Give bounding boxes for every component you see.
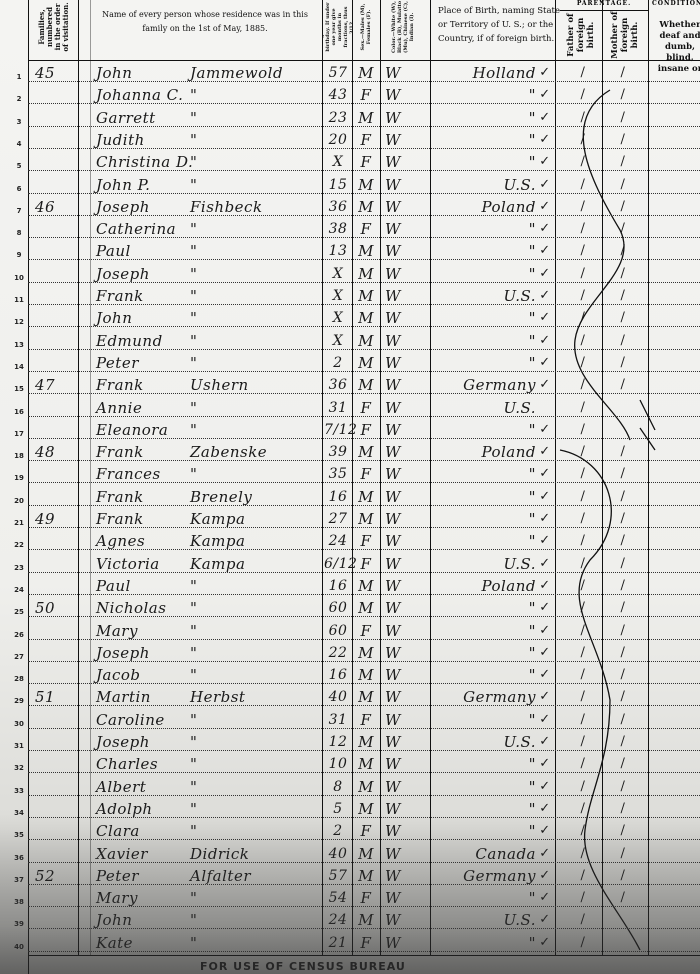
father-foreign-mark: / (568, 132, 598, 148)
line-number: 7 (8, 207, 30, 215)
race: W (385, 600, 421, 616)
age: 20 (324, 132, 352, 148)
age: 31 (324, 712, 352, 728)
given-name: Nicholas (96, 600, 166, 616)
surname: " (190, 935, 197, 951)
sex: F (355, 623, 377, 639)
race: W (385, 333, 421, 349)
given-name: Mary (96, 623, 138, 639)
sex: M (355, 600, 377, 616)
birthplace: " (440, 600, 536, 616)
surname: " (190, 712, 197, 728)
mother-foreign-mark: / (608, 310, 638, 326)
sex: F (355, 935, 377, 951)
table-row: 10Joseph"XMW"✓// (0, 263, 700, 286)
mother-foreign-mark: / (608, 801, 638, 817)
check-mark: ✓ (536, 801, 554, 817)
age: 16 (324, 489, 352, 505)
line-number: 3 (8, 118, 30, 126)
family-number: 48 (35, 444, 85, 460)
line-number: 19 (8, 474, 30, 482)
birthplace: " (440, 87, 536, 103)
table-row: 31Joseph"12MWU.S.✓// (0, 731, 700, 754)
table-row: 2951MartinHerbst40MWGermany✓// (0, 686, 700, 709)
race: W (385, 288, 421, 304)
birthplace: " (440, 243, 536, 259)
census-page: Families, numbered in the order of visit… (0, 0, 700, 974)
age: 2 (324, 355, 352, 371)
sex: M (355, 110, 377, 126)
families-column-header: Families, numbered in the order of visit… (30, 0, 78, 54)
age: 21 (324, 935, 352, 951)
surname: Kampa (190, 533, 245, 549)
sex: M (355, 511, 377, 527)
sex: F (355, 400, 377, 416)
age-column-header: Age at last birthday. If under one year … (322, 0, 352, 54)
given-name: John (96, 310, 132, 326)
age: 31 (324, 400, 352, 416)
birthplace: Germany (440, 377, 536, 393)
check-mark: ✓ (536, 177, 554, 193)
age: 8 (324, 779, 352, 795)
father-foreign-mark: / (568, 266, 598, 282)
birthplace: " (440, 511, 536, 527)
check-mark: ✓ (536, 355, 554, 371)
family-number: 50 (35, 600, 85, 616)
line-number: 10 (8, 274, 30, 282)
table-row: 14Peter"2MW"✓// (0, 352, 700, 375)
age: 60 (324, 600, 352, 616)
given-name: Kate (96, 935, 133, 951)
race: W (385, 846, 421, 862)
check-mark: ✓ (536, 110, 554, 126)
race: W (385, 667, 421, 683)
family-number: 47 (35, 377, 85, 393)
line-number: 16 (8, 408, 30, 416)
sex: F (355, 422, 377, 438)
father-foreign-mark: / (568, 533, 598, 549)
race: W (385, 154, 421, 170)
given-name: Garrett (96, 110, 156, 126)
given-name: John (96, 912, 132, 928)
given-name: Joseph (96, 645, 150, 661)
table-row: 38Mary"54FW"✓// (0, 887, 700, 910)
table-row: 11Frank"XMWU.S.✓// (0, 285, 700, 308)
sex: F (355, 221, 377, 237)
table-row: 40Kate"21FW"✓/ (0, 932, 700, 955)
race: W (385, 533, 421, 549)
sex: M (355, 444, 377, 460)
age: 22 (324, 645, 352, 661)
sex: M (355, 779, 377, 795)
given-name: Annie (96, 400, 142, 416)
check-mark: ✓ (536, 756, 554, 772)
father-foreign-mark: / (568, 333, 598, 349)
given-name: John P. (96, 177, 150, 193)
birthplace: " (440, 132, 536, 148)
table-row: 12John"XMW"✓// (0, 307, 700, 330)
line-number: 11 (8, 296, 30, 304)
age: 16 (324, 578, 352, 594)
father-foreign-mark: / (568, 489, 598, 505)
surname: " (190, 110, 197, 126)
birthplace: " (440, 801, 536, 817)
race: W (385, 868, 421, 884)
father-foreign-mark: / (568, 87, 598, 103)
given-name: Catherina (96, 221, 176, 237)
birthplace: U.S. (440, 177, 536, 193)
father-foreign-mark: / (568, 422, 598, 438)
race: W (385, 801, 421, 817)
given-name: Paul (96, 578, 131, 594)
age: 23 (324, 110, 352, 126)
surname: Brenely (190, 489, 252, 505)
line-number: 30 (8, 720, 30, 728)
check-mark: ✓ (536, 87, 554, 103)
birthplace: Poland (440, 199, 536, 215)
age: 38 (324, 221, 352, 237)
families-column-label: Families, numbered in the order of visit… (38, 2, 70, 52)
age: X (324, 310, 352, 326)
line-number: 33 (8, 787, 30, 795)
birthplace: U.S. (440, 734, 536, 750)
age: 5 (324, 801, 352, 817)
sex: F (355, 87, 377, 103)
table-row: 6John P."15MWU.S.✓// (0, 174, 700, 197)
surname: " (190, 132, 197, 148)
surname: Herbst (190, 689, 245, 705)
table-row: 30Caroline"31FW"✓// (0, 709, 700, 732)
age: 24 (324, 533, 352, 549)
mother-foreign-mark: / (608, 65, 638, 81)
table-row: 16Annie"31FWU.S./ (0, 397, 700, 420)
sex: M (355, 355, 377, 371)
table-row: 32Charles"10MW"✓// (0, 753, 700, 776)
age: 40 (324, 689, 352, 705)
birthplace: " (440, 333, 536, 349)
check-mark: ✓ (536, 779, 554, 795)
father-foreign-label: Father of foreign birth. (566, 11, 596, 59)
surname: " (190, 266, 197, 282)
birthplace: " (440, 823, 536, 839)
check-mark: ✓ (536, 243, 554, 259)
father-foreign-mark: / (568, 578, 598, 594)
given-name: Johanna C. (96, 87, 183, 103)
family-number: 49 (35, 511, 85, 527)
check-mark: ✓ (536, 623, 554, 639)
check-mark: ✓ (536, 600, 554, 616)
father-foreign-mark: / (568, 110, 598, 126)
mother-foreign-mark: / (608, 377, 638, 393)
age: 54 (324, 890, 352, 906)
table-row: 2550Nicholas"60MW"✓// (0, 597, 700, 620)
mother-foreign-mark: / (608, 645, 638, 661)
given-name: Joseph (96, 734, 150, 750)
birthplace: " (440, 533, 536, 549)
check-mark: ✓ (536, 466, 554, 482)
table-row: 28Jacob"16MW"✓// (0, 664, 700, 687)
surname: " (190, 645, 197, 661)
race-column-label: Color.—White (W), Black (B), Mulatto (Mu… (391, 0, 415, 54)
surname: " (190, 890, 197, 906)
father-foreign-mark: / (568, 199, 598, 215)
race: W (385, 556, 421, 572)
sex: M (355, 266, 377, 282)
race: W (385, 422, 421, 438)
check-mark: ✓ (536, 221, 554, 237)
mother-foreign-mark: / (608, 333, 638, 349)
sex-column-label: Sex.—Males (M), Females (F). (360, 0, 372, 54)
given-name: Frank (96, 444, 144, 460)
line-number: 38 (8, 898, 30, 906)
line-number: 2 (8, 95, 30, 103)
mother-foreign-mark: / (608, 756, 638, 772)
sex: F (355, 890, 377, 906)
age: X (324, 154, 352, 170)
birthplace: " (440, 779, 536, 795)
given-name: Xavier (96, 846, 148, 862)
check-mark: ✓ (536, 288, 554, 304)
check-mark: ✓ (536, 868, 554, 884)
birthplace: " (440, 266, 536, 282)
mother-foreign-mark: / (608, 288, 638, 304)
name-column-header: Name of every person whose residence was… (90, 0, 320, 62)
line-number: 22 (8, 541, 30, 549)
given-name: Joseph (96, 266, 150, 282)
sex: M (355, 846, 377, 862)
given-name: Judith (96, 132, 145, 148)
line-number: 34 (8, 809, 30, 817)
check-mark: ✓ (536, 377, 554, 393)
birthplace: " (440, 422, 536, 438)
mother-foreign-mark: / (608, 823, 638, 839)
father-foreign-mark: / (568, 890, 598, 906)
check-mark: ✓ (536, 689, 554, 705)
mother-foreign-mark: / (608, 712, 638, 728)
father-foreign-mark: / (568, 823, 598, 839)
family-number: 51 (35, 689, 85, 705)
surname: " (190, 355, 197, 371)
father-foreign-mark: / (568, 154, 598, 170)
race: W (385, 712, 421, 728)
mother-foreign-mark: / (608, 110, 638, 126)
table-row: 9Paul"13MW"✓// (0, 240, 700, 263)
mother-foreign-header: Mother of foreign birth. (603, 10, 647, 60)
birthplace: " (440, 623, 536, 639)
given-name: Frank (96, 511, 144, 527)
mother-foreign-mark: / (608, 489, 638, 505)
father-foreign-mark: / (568, 935, 598, 951)
race: W (385, 890, 421, 906)
father-foreign-mark: / (568, 912, 598, 928)
header-rule (28, 60, 700, 61)
family-number: 45 (35, 65, 85, 81)
race: W (385, 444, 421, 460)
check-mark: ✓ (536, 489, 554, 505)
mother-foreign-mark: / (608, 177, 638, 193)
birthplace: Holland (440, 65, 536, 81)
mother-foreign-mark: / (608, 868, 638, 884)
surname: " (190, 801, 197, 817)
surname: Kampa (190, 511, 245, 527)
line-number: 37 (8, 876, 30, 884)
line-number: 23 (8, 564, 30, 572)
father-foreign-mark: / (568, 600, 598, 616)
bottom-rule (28, 955, 700, 956)
check-mark: ✓ (536, 667, 554, 683)
table-row: 33Albert"8MW"✓// (0, 776, 700, 799)
father-foreign-mark: / (568, 65, 598, 81)
birthplace: Germany (440, 868, 536, 884)
mother-foreign-mark: / (608, 846, 638, 862)
line-number: 25 (8, 608, 30, 616)
mother-foreign-mark: / (608, 533, 638, 549)
race: W (385, 935, 421, 951)
table-row: 23VictoriaKampa6/12FWU.S.✓// (0, 553, 700, 576)
race: W (385, 199, 421, 215)
race: W (385, 266, 421, 282)
line-number: 17 (8, 430, 30, 438)
race: W (385, 689, 421, 705)
race: W (385, 489, 421, 505)
birthplace: U.S. (440, 288, 536, 304)
sex: M (355, 177, 377, 193)
given-name: Agnes (96, 533, 145, 549)
father-foreign-mark: / (568, 310, 598, 326)
line-number: 13 (8, 341, 30, 349)
table-row: 2Johanna C."43FW"✓// (0, 84, 700, 107)
surname: " (190, 667, 197, 683)
given-name: Edmund (96, 333, 163, 349)
line-number: 6 (8, 185, 30, 193)
check-mark: ✓ (536, 912, 554, 928)
mother-foreign-mark: / (608, 600, 638, 616)
line-number: 15 (8, 385, 30, 393)
sex: M (355, 288, 377, 304)
table-row: 4Judith"20FW"✓// (0, 129, 700, 152)
age: 16 (324, 667, 352, 683)
given-name: John (96, 65, 132, 81)
given-name: Charles (96, 756, 158, 772)
parentage-rule (560, 10, 648, 11)
line-number: 1 (8, 73, 30, 81)
given-name: Adolph (96, 801, 153, 817)
line-number: 24 (8, 586, 30, 594)
race: W (385, 466, 421, 482)
surname: " (190, 600, 197, 616)
table-row: 13Edmund"XMW"✓// (0, 330, 700, 353)
mother-foreign-mark: / (608, 132, 638, 148)
given-name: Caroline (96, 712, 165, 728)
surname: " (190, 333, 197, 349)
sex: M (355, 734, 377, 750)
line-number: 4 (8, 140, 30, 148)
table-row: 17Eleanora"7/12FW"✓/ (0, 419, 700, 442)
mother-foreign-mark: / (608, 667, 638, 683)
surname: " (190, 288, 197, 304)
table-row: 746JosephFishbeck36MWPoland✓// (0, 196, 700, 219)
age: 36 (324, 377, 352, 393)
birthplace: " (440, 667, 536, 683)
check-mark: ✓ (536, 823, 554, 839)
birthplace: " (440, 712, 536, 728)
given-name: Peter (96, 868, 139, 884)
given-name: Albert (96, 779, 146, 795)
race: W (385, 355, 421, 371)
birthplace: Poland (440, 444, 536, 460)
age: 35 (324, 466, 352, 482)
check-mark: ✓ (536, 132, 554, 148)
birthplace: " (440, 221, 536, 237)
sex: F (355, 132, 377, 148)
given-name: Frank (96, 489, 144, 505)
sex: M (355, 645, 377, 661)
sex: M (355, 65, 377, 81)
line-number: 5 (8, 162, 30, 170)
age: 57 (324, 65, 352, 81)
check-mark: ✓ (536, 333, 554, 349)
age: 12 (324, 734, 352, 750)
line-number: 20 (8, 497, 30, 505)
race: W (385, 221, 421, 237)
mother-foreign-mark: / (608, 466, 638, 482)
surname: " (190, 623, 197, 639)
age: 15 (324, 177, 352, 193)
birthplace: " (440, 935, 536, 951)
birthplace: U.S. (440, 912, 536, 928)
surname: " (190, 154, 197, 170)
check-mark: ✓ (536, 199, 554, 215)
check-mark: ✓ (536, 935, 554, 951)
sex: M (355, 689, 377, 705)
father-foreign-mark: / (568, 243, 598, 259)
surname: " (190, 578, 197, 594)
table-row: 35Clara"2FW"✓// (0, 820, 700, 843)
mother-foreign-mark: / (608, 221, 638, 237)
check-mark: ✓ (536, 556, 554, 572)
father-foreign-mark: / (568, 444, 598, 460)
surname: Zabenske (190, 444, 267, 460)
family-number: 52 (35, 868, 85, 884)
surname: " (190, 243, 197, 259)
check-mark: ✓ (536, 734, 554, 750)
race: W (385, 177, 421, 193)
father-foreign-mark: / (568, 645, 598, 661)
given-name: Clara (96, 823, 140, 839)
line-number: 8 (8, 229, 30, 237)
race: W (385, 87, 421, 103)
age: 27 (324, 511, 352, 527)
surname: " (190, 400, 197, 416)
father-foreign-mark: / (568, 221, 598, 237)
line-number: 39 (8, 920, 30, 928)
table-row: 27Joseph"22MW"✓// (0, 642, 700, 665)
given-name: Victoria (96, 556, 160, 572)
given-name: Jacob (96, 667, 141, 683)
sex: F (355, 712, 377, 728)
birthplace: Poland (440, 578, 536, 594)
line-number: 36 (8, 854, 30, 862)
check-mark: ✓ (536, 712, 554, 728)
mother-foreign-mark: / (608, 623, 638, 639)
sex: M (355, 333, 377, 349)
check-mark: ✓ (536, 65, 554, 81)
father-foreign-header: Father of foreign birth. (560, 10, 602, 60)
father-foreign-mark: / (568, 400, 598, 416)
birthplace: U.S. (440, 400, 536, 416)
check-mark: ✓ (536, 578, 554, 594)
given-name: Eleanora (96, 422, 168, 438)
